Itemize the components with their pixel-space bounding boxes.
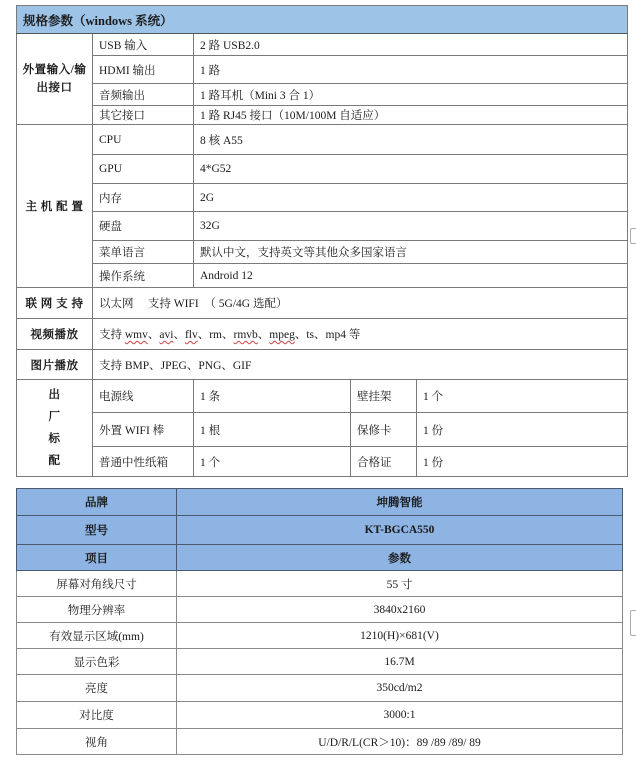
param-label: 有效显示区域(mm) [17, 623, 177, 649]
item-header: 项目 [17, 545, 177, 571]
brand-value: 坤腾智能 [177, 489, 623, 516]
table-row: 其它接口 1 路 RJ45 接口（10M/100M 自适应） [17, 106, 628, 125]
table-row: 菜单语言 默认中文，支持英文等其他众多国家语言 [17, 241, 628, 264]
table-row: 视频播放 支持 wmv、avi、flv、rm、rmvb、mpeg、ts、mp4 … [17, 319, 628, 350]
spec-title-row: 规格参数（windows 系统） [17, 6, 628, 34]
table-row: 屏幕对角线尺寸 55 寸 [17, 571, 623, 597]
accessory-name: 壁挂架 [351, 380, 417, 413]
row-label: 硬盘 [93, 212, 194, 241]
row-label: 菜单语言 [93, 241, 194, 264]
table-row: 视角 U/D/R/L(CR＞10)：89 /89 /89/ 89 [17, 729, 623, 755]
param-label: 物理分辨率 [17, 597, 177, 623]
accessory-name: 外置 WIFI 棒 [93, 413, 194, 447]
model-label: 型号 [17, 516, 177, 545]
header-row: 品牌 坤腾智能 [17, 489, 623, 516]
row-value: 1 路 RJ45 接口（10M/100M 自适应） [194, 106, 628, 125]
accessory-name: 电源线 [93, 380, 194, 413]
row-value: Android 12 [194, 264, 628, 288]
video-category: 视频播放 [17, 319, 93, 350]
brand-label: 品牌 [17, 489, 177, 516]
param-table: 品牌 坤腾智能 型号 KT-BGCA550 项目 参数 屏幕对角线尺寸 55 寸… [16, 488, 623, 755]
table-row: 音频输出 1 路耳机（Mini 3 合 1） [17, 84, 628, 106]
row-value: 32G [194, 212, 628, 241]
row-value: 1 路 [194, 56, 628, 84]
row-label: HDMI 输出 [93, 56, 194, 84]
factory-category: 出 厂 标 配 [17, 380, 93, 477]
table-row: 图片播放 支持 BMP、JPEG、PNG、GIF [17, 350, 628, 380]
table-row: GPU 4*G52 [17, 155, 628, 184]
table-row: 对比度 3000:1 [17, 702, 623, 729]
header-row: 型号 KT-BGCA550 [17, 516, 623, 545]
row-value: 4*G52 [194, 155, 628, 184]
table-row: 硬盘 32G [17, 212, 628, 241]
table-row: 联 网 支 持 以太网 支持 WIFI （ 5G/4G 选配） [17, 288, 628, 319]
table-row: 主 机 配 置 CPU 8 核 A55 [17, 125, 628, 155]
param-value: U/D/R/L(CR＞10)：89 /89 /89/ 89 [177, 729, 623, 755]
row-label: 内存 [93, 184, 194, 212]
table-row: 出 厂 标 配 电源线 1 条 壁挂架 1 个 [17, 380, 628, 413]
accessory-qty: 1 份 [417, 413, 628, 447]
network-category: 联 网 支 持 [17, 288, 93, 319]
param-label: 亮度 [17, 675, 177, 702]
margin-marker [630, 610, 636, 636]
accessory-qty: 1 个 [417, 380, 628, 413]
param-value: 16.7M [177, 649, 623, 675]
param-value: 1210(H)×681(V) [177, 623, 623, 649]
accessory-qty: 1 根 [194, 413, 351, 447]
row-value: 1 路耳机（Mini 3 合 1） [194, 84, 628, 106]
accessory-qty: 1 份 [417, 447, 628, 477]
param-header: 参数 [177, 545, 623, 571]
row-label: 音频输出 [93, 84, 194, 106]
param-label: 屏幕对角线尺寸 [17, 571, 177, 597]
row-value: 默认中文，支持英文等其他众多国家语言 [194, 241, 628, 264]
network-value: 以太网 支持 WIFI （ 5G/4G 选配） [93, 288, 628, 319]
table-row: 内存 2G [17, 184, 628, 212]
host-category: 主 机 配 置 [17, 125, 93, 288]
image-value: 支持 BMP、JPEG、PNG、GIF [93, 350, 628, 380]
param-value: 3840x2160 [177, 597, 623, 623]
param-label: 显示色彩 [17, 649, 177, 675]
accessory-name: 普通中性纸箱 [93, 447, 194, 477]
table-row: 操作系统 Android 12 [17, 264, 628, 288]
table-row: HDMI 输出 1 路 [17, 56, 628, 84]
row-label: 操作系统 [93, 264, 194, 288]
spec-table: 规格参数（windows 系统） 外置输入/输出接口 USB 输入 2 路 US… [16, 5, 628, 477]
row-label: CPU [93, 125, 194, 155]
accessory-qty: 1 条 [194, 380, 351, 413]
table-row: 外置 WIFI 棒 1 根 保修卡 1 份 [17, 413, 628, 447]
table-row: 物理分辨率 3840x2160 [17, 597, 623, 623]
margin-marker [630, 228, 636, 244]
param-value: 3000:1 [177, 702, 623, 729]
table-row: 普通中性纸箱 1 个 合格证 1 份 [17, 447, 628, 477]
row-value: 2 路 USB2.0 [194, 34, 628, 56]
io-category: 外置输入/输出接口 [17, 34, 93, 125]
param-value: 350cd/m2 [177, 675, 623, 702]
accessory-qty: 1 个 [194, 447, 351, 477]
row-value: 8 核 A55 [194, 125, 628, 155]
row-value: 2G [194, 184, 628, 212]
image-category: 图片播放 [17, 350, 93, 380]
table-row: 有效显示区域(mm) 1210(H)×681(V) [17, 623, 623, 649]
param-label: 视角 [17, 729, 177, 755]
param-label: 对比度 [17, 702, 177, 729]
row-label: USB 输入 [93, 34, 194, 56]
accessory-name: 保修卡 [351, 413, 417, 447]
accessory-name: 合格证 [351, 447, 417, 477]
table-row: 外置输入/输出接口 USB 输入 2 路 USB2.0 [17, 34, 628, 56]
video-formats: 支持 wmv、avi、flv、rm、rmvb、mpeg、ts、mp4 等 [93, 319, 628, 350]
row-label: 其它接口 [93, 106, 194, 125]
model-value: KT-BGCA550 [177, 516, 623, 545]
row-label: GPU [93, 155, 194, 184]
table-row: 亮度 350cd/m2 [17, 675, 623, 702]
param-value: 55 寸 [177, 571, 623, 597]
table-row: 显示色彩 16.7M [17, 649, 623, 675]
header-row: 项目 参数 [17, 545, 623, 571]
spec-title: 规格参数（windows 系统） [17, 6, 628, 34]
